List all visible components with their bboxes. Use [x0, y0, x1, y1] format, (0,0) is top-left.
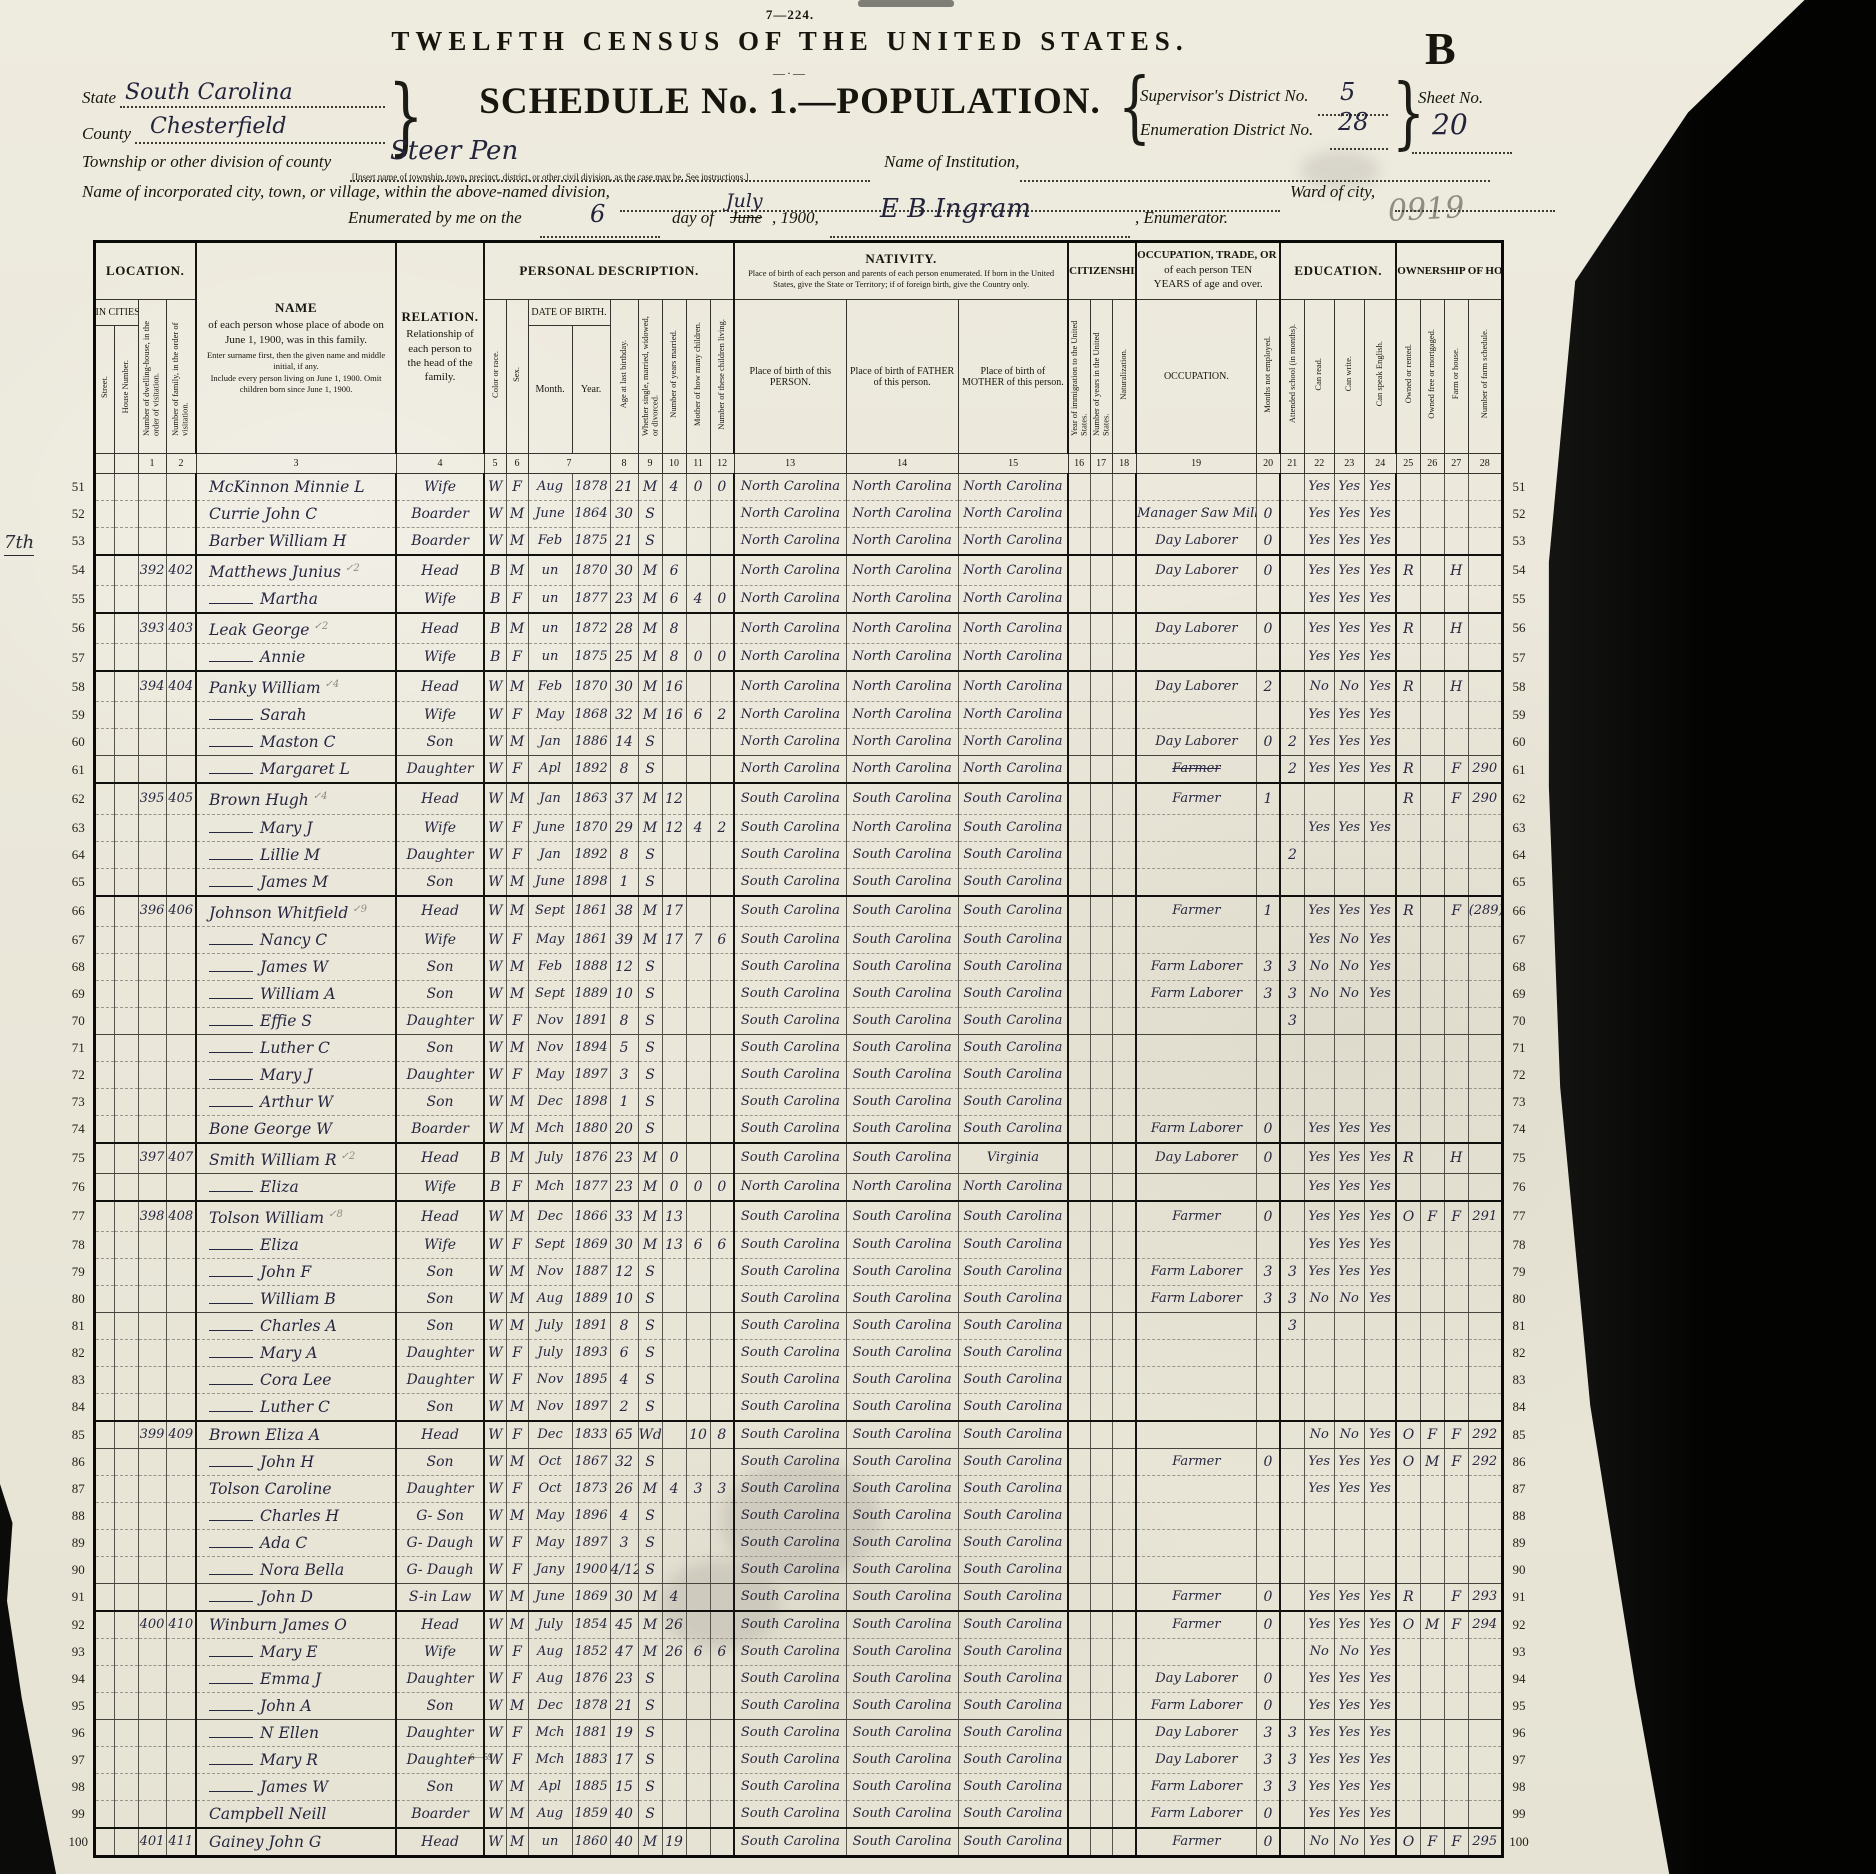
cell-mother-of-children: [686, 1584, 710, 1612]
header-farm-schedule: Number of farm schedule.: [1468, 300, 1502, 454]
institution-line: [1020, 166, 1490, 182]
cell-dwelling-number: [138, 1367, 166, 1394]
cell-years-in-us: [1090, 1557, 1112, 1584]
row-number: 87: [1502, 1476, 1534, 1503]
cell-can-read: [1304, 1088, 1334, 1115]
cell-immigration-year: [1068, 1173, 1090, 1201]
cell-sex: F: [506, 1061, 528, 1088]
cell-free-mortgaged: [1420, 1286, 1444, 1313]
cell-color: W: [484, 1061, 506, 1088]
cell-can-write: No: [1334, 953, 1364, 980]
cell-can-write: [1334, 1530, 1364, 1557]
sheet-label: Sheet No.: [1418, 88, 1483, 108]
cell-owned-rented: [1396, 1034, 1420, 1061]
cell-farm-schedule-number: [1468, 1286, 1502, 1313]
cell-house-number: [114, 1693, 138, 1720]
cell-mother-of-children: [686, 1611, 710, 1639]
cell-mother-of-children: [686, 1340, 710, 1367]
cell-can-speak-english: Yes: [1364, 814, 1396, 841]
cell-mother-of-children: [686, 1088, 710, 1115]
cell-birth-month: Jan: [528, 841, 572, 868]
cell-father-birthplace: South Carolina: [846, 1611, 958, 1639]
cell-family-number: [166, 953, 196, 980]
cell-free-mortgaged: [1420, 1007, 1444, 1034]
cell-can-read: [1304, 1503, 1334, 1530]
column-number: 10: [662, 454, 686, 474]
cell-free-mortgaged: [1420, 1394, 1444, 1422]
cell-dwelling-number: [138, 1557, 166, 1584]
cell-father-birthplace: North Carolina: [846, 501, 958, 528]
cell-owned-rented: [1396, 841, 1420, 868]
cell-years-married: 13: [662, 1201, 686, 1232]
cell-children-living: 6: [710, 1639, 734, 1666]
given-name: Arthur W: [260, 1093, 333, 1111]
cell-mother-birthplace: North Carolina: [958, 555, 1068, 586]
cell-children-living: 2: [710, 814, 734, 841]
given-name: John F: [260, 1263, 311, 1281]
cell-birthplace: South Carolina: [734, 1313, 846, 1340]
cell-birthplace: South Carolina: [734, 1232, 846, 1259]
cell-years-in-us: [1090, 702, 1112, 729]
cell-years-married: [662, 1340, 686, 1367]
cell-immigration-year: [1068, 1115, 1090, 1143]
cell-can-read: [1304, 1313, 1334, 1340]
table-row: 97Mary RDaughterWFMch188317SSouth Caroli…: [64, 1747, 1534, 1774]
cell-mother-birthplace: South Carolina: [958, 1666, 1068, 1693]
cell-mother-of-children: 0: [686, 1173, 710, 1201]
cell-owned-rented: [1396, 1557, 1420, 1584]
cell-years-married: [662, 868, 686, 896]
cell-father-birthplace: South Carolina: [846, 1720, 958, 1747]
cell-mother-of-children: [686, 1313, 710, 1340]
cell-children-living: [710, 1259, 734, 1286]
cell-street: [94, 555, 114, 586]
cell-free-mortgaged: [1420, 1530, 1444, 1557]
cell-free-mortgaged: [1420, 1747, 1444, 1774]
column-number: 27: [1444, 454, 1468, 474]
given-name: William A: [260, 985, 336, 1003]
row-number: 100: [64, 1828, 94, 1857]
cell-father-birthplace: South Carolina: [846, 1061, 958, 1088]
cell-sex: F: [506, 1639, 528, 1666]
cell-birth-year: 1893: [572, 1340, 610, 1367]
cell-father-birthplace: South Carolina: [846, 1115, 958, 1143]
cell-owned-rented: [1396, 814, 1420, 841]
cell-age: 26: [610, 1476, 638, 1503]
table-row: 70Effie SDaughterWFNov18918SSouth Caroli…: [64, 1007, 1534, 1034]
cell-birth-year: 1896: [572, 1503, 610, 1530]
ditto-dash: [209, 1043, 253, 1053]
cell-birthplace: South Carolina: [734, 1639, 846, 1666]
row-number: 67: [1502, 926, 1534, 953]
row-number: 69: [1502, 980, 1534, 1007]
cell-can-read: Yes: [1304, 1143, 1334, 1174]
cell-mother-birthplace: North Carolina: [958, 756, 1068, 784]
given-name: Maston C: [260, 733, 335, 751]
cell-years-married: 19: [662, 1828, 686, 1857]
cell-years-in-us: [1090, 1639, 1112, 1666]
cell-attended-school: [1280, 1367, 1304, 1394]
cell-can-read: [1304, 1367, 1334, 1394]
cell-birth-year: 1873: [572, 1476, 610, 1503]
cell-color: W: [484, 729, 506, 756]
cell-can-speak-english: Yes: [1364, 980, 1396, 1007]
cell-months-not-employed: [1256, 1476, 1280, 1503]
cell-immigration-year: [1068, 1801, 1090, 1829]
cell-farm-schedule-number: [1468, 1503, 1502, 1530]
cell-family-number: [166, 756, 196, 784]
cell-mother-birthplace: South Carolina: [958, 1449, 1068, 1476]
cell-age: 25: [610, 644, 638, 672]
cell-naturalization: [1112, 926, 1136, 953]
cell-years-married: [662, 729, 686, 756]
cell-birth-month: Jan: [528, 783, 572, 814]
cell-house-number: [114, 1801, 138, 1829]
cell-farm-house: [1444, 1115, 1468, 1143]
cell-house-number: [114, 1611, 138, 1639]
header-pob-father: Place of birth of FATHER of this person.: [846, 300, 958, 454]
cell-attended-school: [1280, 1503, 1304, 1530]
column-number: 4: [396, 454, 484, 474]
cell-dwelling-number: [138, 814, 166, 841]
cell-owned-rented: [1396, 1259, 1420, 1286]
given-name: Charles A: [260, 1317, 337, 1335]
cell-owned-rented: [1396, 1394, 1420, 1422]
cell-farm-house: [1444, 980, 1468, 1007]
cell-relation: Boarder: [396, 501, 484, 528]
cell-family-number: [166, 729, 196, 756]
cell-family-number: [166, 1503, 196, 1530]
cell-birth-month: Nov: [528, 1034, 572, 1061]
cell-dwelling-number: 393: [138, 613, 166, 644]
cell-farm-house: [1444, 1232, 1468, 1259]
cell-free-mortgaged: F: [1420, 1421, 1444, 1449]
cell-naturalization: [1112, 671, 1136, 702]
table-row: 66396406407Johnson Whitfield✓9HeadWMSept…: [64, 896, 1534, 927]
cell-father-birthplace: South Carolina: [846, 841, 958, 868]
cell-can-speak-english: Yes: [1364, 1584, 1396, 1612]
cell-father-birthplace: North Carolina: [846, 702, 958, 729]
cell-can-write: [1334, 868, 1364, 896]
cell-name: Sarah: [196, 702, 396, 729]
cell-dwelling-number: 396: [138, 896, 166, 927]
cell-naturalization: [1112, 613, 1136, 644]
cell-can-speak-english: Yes: [1364, 1259, 1396, 1286]
row-number: 91: [64, 1584, 94, 1612]
cell-can-read: [1304, 1061, 1334, 1088]
cell-occupation: [1136, 1503, 1256, 1530]
given-name: Margaret L: [260, 760, 350, 778]
cell-occupation: Farmer: [1136, 1584, 1256, 1612]
row-number: 89: [64, 1530, 94, 1557]
cell-free-mortgaged: [1420, 586, 1444, 614]
header-farm-house: Farm or house.: [1444, 300, 1468, 454]
table-header: LOCATION. NAME of each person whose plac…: [64, 242, 1534, 474]
cell-dwelling-number: [138, 1720, 166, 1747]
cell-birth-month: Dec: [528, 1088, 572, 1115]
cell-immigration-year: [1068, 1034, 1090, 1061]
cell-free-mortgaged: [1420, 1340, 1444, 1367]
table-row: 90Nora BellaG- DaughWFJany19004/12SSouth…: [64, 1557, 1534, 1584]
cell-birthplace: North Carolina: [734, 501, 846, 528]
row-number: 71: [64, 1034, 94, 1061]
cell-occupation: [1136, 926, 1256, 953]
cell-relation: Wife: [396, 474, 484, 501]
cell-farm-house: [1444, 926, 1468, 953]
cell-age: 21: [610, 1693, 638, 1720]
cell-owned-rented: [1396, 1340, 1420, 1367]
cell-birth-year: 1892: [572, 756, 610, 784]
cell-relation: Wife: [396, 586, 484, 614]
row-number: 88: [64, 1503, 94, 1530]
row-number: 94: [64, 1666, 94, 1693]
cell-naturalization: [1112, 814, 1136, 841]
cell-street: [94, 1232, 114, 1259]
cell-can-speak-english: Yes: [1364, 1611, 1396, 1639]
cell-free-mortgaged: [1420, 1503, 1444, 1530]
cell-house-number: [114, 1449, 138, 1476]
row-number: 85: [64, 1421, 94, 1449]
cell-immigration-year: [1068, 501, 1090, 528]
cell-birthplace: North Carolina: [734, 671, 846, 702]
cell-birth-year: 1889: [572, 980, 610, 1007]
cell-birth-month: Nov: [528, 1259, 572, 1286]
ditto-dash: [209, 1592, 253, 1602]
cell-birth-month: Feb: [528, 953, 572, 980]
cell-house-number: [114, 1340, 138, 1367]
cell-name: Campbell Neill: [196, 1801, 396, 1829]
cell-family-number: 402403: [166, 555, 196, 586]
cell-children-living: [710, 1557, 734, 1584]
township-note: [Insert name of township, town, precinct…: [352, 172, 748, 182]
cell-marital: M: [638, 1611, 662, 1639]
header-citizenship: CITIZENSHIP.: [1068, 242, 1136, 300]
cell-birth-year: 1891: [572, 1313, 610, 1340]
cell-mother-birthplace: South Carolina: [958, 1476, 1068, 1503]
cell-dwelling-number: [138, 528, 166, 556]
cell-relation: Daughter: [396, 1666, 484, 1693]
cell-attended-school: 3: [1280, 1774, 1304, 1801]
cell-attended-school: [1280, 1476, 1304, 1503]
row-number: 84: [1502, 1394, 1534, 1422]
cell-relation: Daughter: [396, 1007, 484, 1034]
header-birth-month: Month.: [528, 326, 572, 454]
row-number: 95: [64, 1693, 94, 1720]
cell-can-write: Yes: [1334, 644, 1364, 672]
cell-color: W: [484, 1476, 506, 1503]
row-number: 90: [64, 1557, 94, 1584]
row-number: 76: [64, 1173, 94, 1201]
cell-color: W: [484, 1201, 506, 1232]
cell-months-not-employed: 3: [1256, 1774, 1280, 1801]
surname: Bone: [209, 1120, 254, 1138]
cell-relation: Son: [396, 1286, 484, 1313]
cell-farm-schedule-number: [1468, 1801, 1502, 1829]
table-row: 74Bone George WBoarderWMMch188020SSouth …: [64, 1115, 1534, 1143]
cell-age: 8: [610, 1007, 638, 1034]
cell-street: [94, 1666, 114, 1693]
cell-birthplace: South Carolina: [734, 980, 846, 1007]
cell-attended-school: 3: [1280, 980, 1304, 1007]
cell-birth-month: Jan: [528, 729, 572, 756]
cell-sex: F: [506, 926, 528, 953]
cell-relation: G- Daugh: [396, 1530, 484, 1557]
cell-farm-schedule-number: [1468, 586, 1502, 614]
cell-birth-year: 1877: [572, 1173, 610, 1201]
header-immigration-year: Year of immigration to the United States…: [1068, 300, 1090, 454]
cell-mother-of-children: [686, 1115, 710, 1143]
cell-color: B: [484, 1173, 506, 1201]
cell-mother-birthplace: South Carolina: [958, 1720, 1068, 1747]
cell-birth-year: 1885: [572, 1774, 610, 1801]
cell-age: 40: [610, 1801, 638, 1829]
cell-birth-month: May: [528, 1530, 572, 1557]
cell-occupation: [1136, 1421, 1256, 1449]
cell-children-living: [710, 613, 734, 644]
cell-children-living: 2: [710, 702, 734, 729]
cell-naturalization: [1112, 501, 1136, 528]
cell-birthplace: South Carolina: [734, 1720, 846, 1747]
cell-can-write: [1334, 1367, 1364, 1394]
header-marital: Whether single, married, widowed, or div…: [638, 300, 662, 454]
cell-free-mortgaged: M: [1420, 1449, 1444, 1476]
cell-farm-schedule-number: [1468, 1313, 1502, 1340]
cell-can-write: Yes: [1334, 1693, 1364, 1720]
cell-mother-of-children: [686, 1666, 710, 1693]
cell-birth-year: 1876: [572, 1143, 610, 1174]
cell-free-mortgaged: [1420, 729, 1444, 756]
cell-sex: M: [506, 980, 528, 1007]
cell-house-number: [114, 868, 138, 896]
cell-occupation: Farm Laborer: [1136, 1115, 1256, 1143]
county-ruled-line: [135, 128, 385, 144]
cell-months-not-employed: [1256, 756, 1280, 784]
cell-can-read: No: [1304, 1828, 1334, 1857]
table-row: 60Maston CSonWMJan188614SNorth CarolinaN…: [64, 729, 1534, 756]
cell-can-read: Yes: [1304, 1666, 1334, 1693]
cell-street: [94, 1828, 114, 1857]
cell-owned-rented: [1396, 1232, 1420, 1259]
given-name: John A: [260, 1697, 312, 1715]
cell-years-in-us: [1090, 1286, 1112, 1313]
cell-free-mortgaged: [1420, 814, 1444, 841]
table-row: 73Arthur WSonWMDec18981SSouth CarolinaSo…: [64, 1088, 1534, 1115]
cell-father-birthplace: South Carolina: [846, 1666, 958, 1693]
cell-family-number: 404405: [166, 671, 196, 702]
cell-dwelling-number: [138, 644, 166, 672]
enumerator-name: E B Ingram: [880, 194, 1031, 224]
cell-family-number: [166, 1313, 196, 1340]
cell-age: 37: [610, 783, 638, 814]
enumerated-mid: day of: [672, 208, 714, 228]
row-number-gutter-right: [1502, 242, 1534, 474]
cell-marital: S: [638, 1034, 662, 1061]
cell-street: [94, 1201, 114, 1232]
table-row: 87Tolson CarolineDaughterWFOct187326M433…: [64, 1476, 1534, 1503]
cell-can-read: [1304, 841, 1334, 868]
cell-months-not-employed: 3: [1256, 1286, 1280, 1313]
cell-years-in-us: [1090, 1774, 1112, 1801]
cell-can-write: Yes: [1334, 1232, 1364, 1259]
cell-can-speak-english: Yes: [1364, 474, 1396, 501]
cell-family-number: [166, 1801, 196, 1829]
cell-age: 10: [610, 1286, 638, 1313]
cell-family-number: [166, 1394, 196, 1422]
row-number: 83: [1502, 1367, 1534, 1394]
cell-free-mortgaged: M: [1420, 1611, 1444, 1639]
cell-years-married: 16: [662, 702, 686, 729]
cell-can-speak-english: Yes: [1364, 644, 1396, 672]
cell-can-write: Yes: [1334, 474, 1364, 501]
cell-months-not-employed: 3: [1256, 953, 1280, 980]
cell-years-in-us: [1090, 1259, 1112, 1286]
cell-marital: M: [638, 1201, 662, 1232]
column-number: 7: [528, 454, 610, 474]
enumerated-day: 6: [590, 200, 605, 228]
cell-father-birthplace: South Carolina: [846, 1394, 958, 1422]
cell-relation: Son: [396, 1693, 484, 1720]
cell-farm-house: [1444, 528, 1468, 556]
cell-name: Winburn James O: [196, 1611, 396, 1639]
cell-months-not-employed: [1256, 1088, 1280, 1115]
cell-occupation: Farmer: [1136, 1201, 1256, 1232]
cell-marital: M: [638, 1143, 662, 1174]
cell-color: W: [484, 926, 506, 953]
cell-house-number: [114, 1476, 138, 1503]
cell-birthplace: South Carolina: [734, 1143, 846, 1174]
cell-family-number: 406407: [166, 896, 196, 927]
surname: McKinnon: [209, 478, 294, 496]
cell-can-speak-english: Yes: [1364, 1639, 1396, 1666]
header-relation: RELATION. Relationship of each person to…: [396, 242, 484, 454]
row-number: 77: [64, 1201, 94, 1232]
cell-months-not-employed: [1256, 841, 1280, 868]
ditto-dash: [209, 850, 253, 860]
cell-occupation: [1136, 1061, 1256, 1088]
cell-farm-house: [1444, 1747, 1468, 1774]
cell-occupation: Day Laborer: [1136, 671, 1256, 702]
given-name: Lillie M: [260, 846, 320, 864]
cell-occupation: Day Laborer: [1136, 729, 1256, 756]
given-name: Luther C: [260, 1398, 330, 1416]
cell-marital: M: [638, 671, 662, 702]
cell-children-living: [710, 1693, 734, 1720]
cell-months-not-employed: [1256, 1367, 1280, 1394]
cell-children-living: 0: [710, 474, 734, 501]
cell-house-number: [114, 896, 138, 927]
cell-attended-school: [1280, 702, 1304, 729]
cell-age: 8: [610, 1313, 638, 1340]
cell-mother-birthplace: South Carolina: [958, 1693, 1068, 1720]
cell-children-living: [710, 1584, 734, 1612]
cell-name: Gainey John G: [196, 1828, 396, 1857]
cell-can-speak-english: [1364, 1034, 1396, 1061]
cell-years-married: 26: [662, 1611, 686, 1639]
cell-can-speak-english: Yes: [1364, 1421, 1396, 1449]
cell-years-married: 4: [662, 474, 686, 501]
table-row: 99Campbell NeillBoarderWMAug185940SSouth…: [64, 1801, 1534, 1829]
cell-birth-year: 1886: [572, 729, 610, 756]
given-name: Eliza: [260, 1178, 299, 1196]
cell-years-married: 12: [662, 814, 686, 841]
cell-color: W: [484, 1720, 506, 1747]
cell-farm-schedule-number: [1468, 1666, 1502, 1693]
cell-years-in-us: [1090, 1801, 1112, 1829]
cell-color: W: [484, 1639, 506, 1666]
column-number: 12: [710, 454, 734, 474]
cell-birth-year: 1887: [572, 1259, 610, 1286]
cell-house-number: [114, 729, 138, 756]
